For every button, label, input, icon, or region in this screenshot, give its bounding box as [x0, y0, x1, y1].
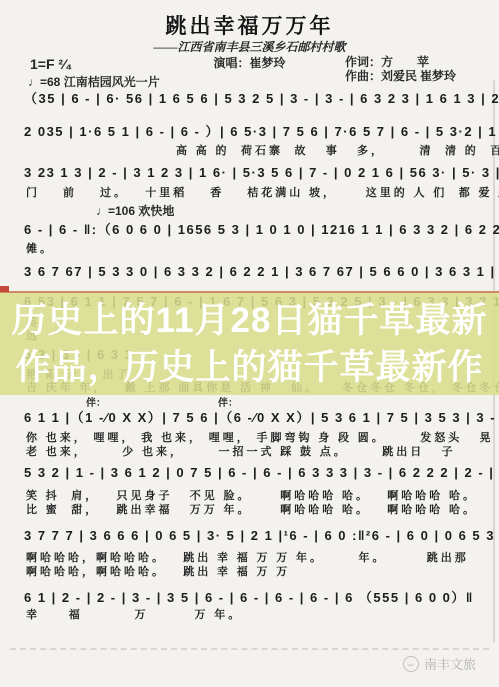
notation-line-3: 3 23 1 3 | 2 - | 3 1 2 3 | 1 6· | 5·3 5 …	[24, 165, 486, 180]
notation-line-4: 6 - | 6 - ‖:（6 0 6 0 | 1656 5 3 | 1 0 1 …	[24, 219, 486, 238]
title-banner-overlay: 历史上的11月28日猫千草最新 作品，历史上的猫千草最新作	[0, 291, 499, 395]
key-signature: 1=F ²⁄₄	[30, 56, 72, 72]
notation-line-2: 2 035 | 1·6 5 1 | 6 - | 6 - ）| 6 5·3 | 7…	[24, 121, 486, 140]
lyric-line: 比 蜜 甜， 跳出幸福 万万 年。 啊哈哈哈 哈。 啊哈哈哈 哈。	[26, 501, 488, 517]
lyric-line: 门 前 过。 十里稻 香 桔花满山 坡， 这里的 人 们 都 爱 跳	[26, 184, 488, 200]
notation-line-10: 3 7 7 7 | 3 6 6 6 | 0 6 5 | 3· 5 | 2 1 |…	[24, 528, 486, 543]
lyric-line: 高 高 的 荷石寨 故 事 多， 清 清 的 百丈泉	[176, 142, 499, 158]
song-title: 跳出幸福万万年	[0, 10, 499, 40]
notation-line-9: 5 3 2 | 1 - | 3 6 1 2 | 0 7 5 | 6 - | 6 …	[24, 465, 486, 480]
dashed-divider	[10, 648, 489, 650]
watermark: 南丰文旅	[403, 654, 476, 673]
sheet-music-page: 跳出幸福万万年 ——江西省南丰县三溪乡石邮村村歌 演唱：崔梦玲 1=F ²⁄₄ …	[0, 0, 499, 687]
watermark-label: 南丰文旅	[424, 654, 476, 673]
notation-line-1: （35 | 6 - | 6· 56 | 1 6 5 6 | 5 3 2 5 | …	[24, 88, 486, 107]
watermark-logo-icon	[403, 656, 419, 672]
notation-line-11: 6 1 | 2 - | 2 - | 3 - | 3 5 | 6 - | 6 - …	[24, 587, 486, 606]
banner-red-accent	[0, 286, 9, 292]
lyric-line: 傩。	[26, 240, 488, 256]
banner-text-line-2: 作品，历史上的猫千草最新作	[0, 344, 499, 391]
banner-text-line-1: 历史上的11月28日猫千草最新	[0, 297, 499, 344]
notation-line-8: 6 1 1 |（1 -⁄0 X X）| 7 5 6 |（6 -⁄0 X X）| …	[24, 407, 486, 426]
composer-credit: 作曲：刘爱民 崔梦玲	[345, 67, 456, 84]
notation-line-5: 3 6 7 67 | 5 3 3 0 | 6 3 3 2 | 6 2 2 1 |…	[24, 261, 486, 280]
lyric-line: 幸 福 万 万 年。	[26, 606, 488, 622]
lyric-line: 老 也来， 少 也来， 一招一式 踩 鼓 点。 跳出日 子	[26, 443, 488, 459]
tempo-marking-mid: ♩=106 欢快地	[96, 202, 174, 219]
lyric-line: 啊哈哈哈，啊哈哈哈。 跳出 幸 福 万 万	[26, 563, 488, 579]
